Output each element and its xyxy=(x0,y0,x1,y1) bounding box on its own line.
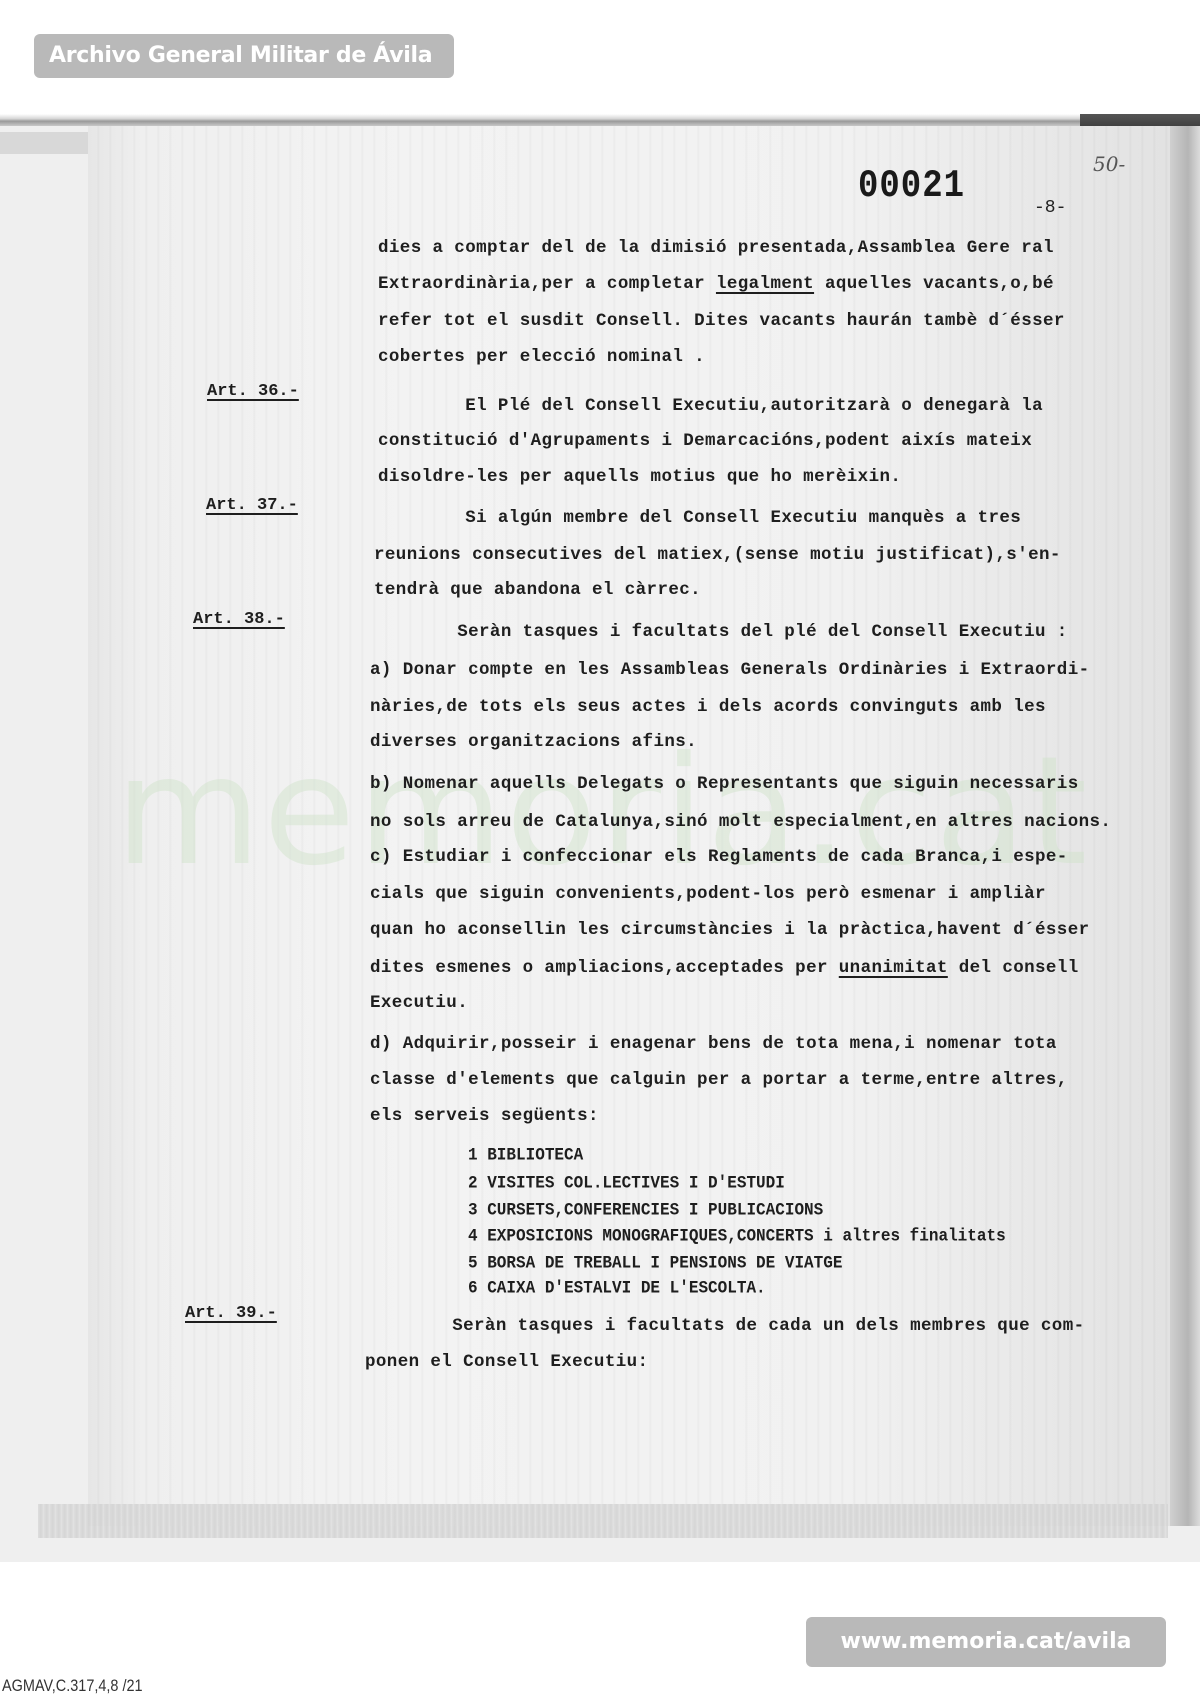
service-item: 4 EXPOSICIONS MONOGRAFIQUES,CONCERTS i a… xyxy=(468,1226,1006,1246)
service-item: 2 VISITES COL.LECTIVES I D'ESTUDI xyxy=(468,1173,785,1193)
text-line: d) Adquirir,posseir i enagenar bens de t… xyxy=(370,1034,1057,1054)
service-item: 5 BORSA DE TREBALL I PENSIONS DE VIATGE xyxy=(468,1253,842,1273)
text-line: constitució d'Agrupaments i Demarcacións… xyxy=(378,431,1032,451)
text-line: ponen el Consell Executiu: xyxy=(365,1352,648,1372)
text-line: cials que siguin convenients,podent-los … xyxy=(370,884,1046,904)
text-line: tendrà que abandona el càrrec. xyxy=(374,580,701,600)
article-label-37: Art. 37.- xyxy=(206,496,298,515)
text-segment: del consell xyxy=(948,958,1079,978)
text-line: no sols arreu de Catalunya,sinó molt esp… xyxy=(370,812,1111,832)
text-line: els serveis següents: xyxy=(370,1106,599,1126)
paper-bottom-strip xyxy=(38,1504,1168,1538)
text-line: classe d'elements que calguin per a port… xyxy=(370,1070,1068,1090)
text-line: a) Donar compte en les Assambleas Genera… xyxy=(370,660,1090,680)
text-line: Si algún membre del Consell Executiu man… xyxy=(378,508,1021,528)
scanned-document xyxy=(0,114,1200,1562)
text-line: quan ho aconsellin les circumstàncies i … xyxy=(370,920,1090,940)
archive-name-badge: Archivo General Militar de Ávila xyxy=(34,34,454,78)
service-item: 1 BIBLIOTECA xyxy=(468,1145,583,1165)
text-line: Seràn tasques i facultats de cada un del… xyxy=(365,1316,1085,1336)
handwritten-note: 50- xyxy=(1093,152,1125,176)
text-line: reunions consecutives del matiex,(sense … xyxy=(374,545,1061,565)
text-segment: Extraordinària,per a completar xyxy=(378,274,716,294)
text-line: Seràn tasques i facultats del plé del Co… xyxy=(370,622,1068,642)
text-line: dies a comptar del de la dimisió present… xyxy=(378,238,1054,258)
service-item: 3 CURSETS,CONFERENCIES I PUBLICACIONS xyxy=(468,1200,823,1220)
text-line: cobertes per elecció nominal . xyxy=(378,347,705,367)
underlined-word: legalment xyxy=(716,274,814,294)
text-segment: dites esmenes o ampliacions,acceptades p… xyxy=(370,958,839,978)
text-line: El Plé del Consell Executiu,autoritzarà … xyxy=(378,396,1043,416)
article-label-36: Art. 36.- xyxy=(207,382,299,401)
service-item: 6 CAIXA D'ESTALVI DE L'ESCOLTA. xyxy=(468,1278,766,1298)
archive-reference: AGMAV,C.317,4,8 /21 xyxy=(2,1676,143,1696)
text-line: diverses organitzacions afins. xyxy=(370,732,697,752)
page-number: -8- xyxy=(1034,198,1066,218)
text-line: Extraordinària,per a completar legalment… xyxy=(378,274,1054,294)
paper-right-shadow xyxy=(1170,126,1200,1526)
article-label-39: Art. 39.- xyxy=(185,1304,277,1323)
text-line: Executiu. xyxy=(370,993,468,1013)
article-label-38: Art. 38.- xyxy=(193,610,285,629)
text-line: refer tot el susdit Consell. Dites vacan… xyxy=(378,311,1065,331)
text-line: nàries,de tots els seus actes i dels aco… xyxy=(370,697,1046,717)
text-segment: aquelles vacants,o,bé xyxy=(814,274,1054,294)
scan-top-edge xyxy=(0,114,1200,126)
text-line: dites esmenes o ampliacions,acceptades p… xyxy=(370,958,1079,978)
text-line: disoldre-les per aquells motius que ho m… xyxy=(378,467,901,487)
underlined-word: unanimitat xyxy=(839,958,948,978)
stamp-number: 00021 xyxy=(858,165,965,209)
scan-left-flap xyxy=(0,132,90,154)
website-link[interactable]: www.memoria.cat/avila xyxy=(806,1617,1166,1667)
text-line: c) Estudiar i confeccionar els Reglament… xyxy=(370,847,1068,867)
text-line: b) Nomenar aquells Delegats o Representa… xyxy=(370,774,1079,794)
